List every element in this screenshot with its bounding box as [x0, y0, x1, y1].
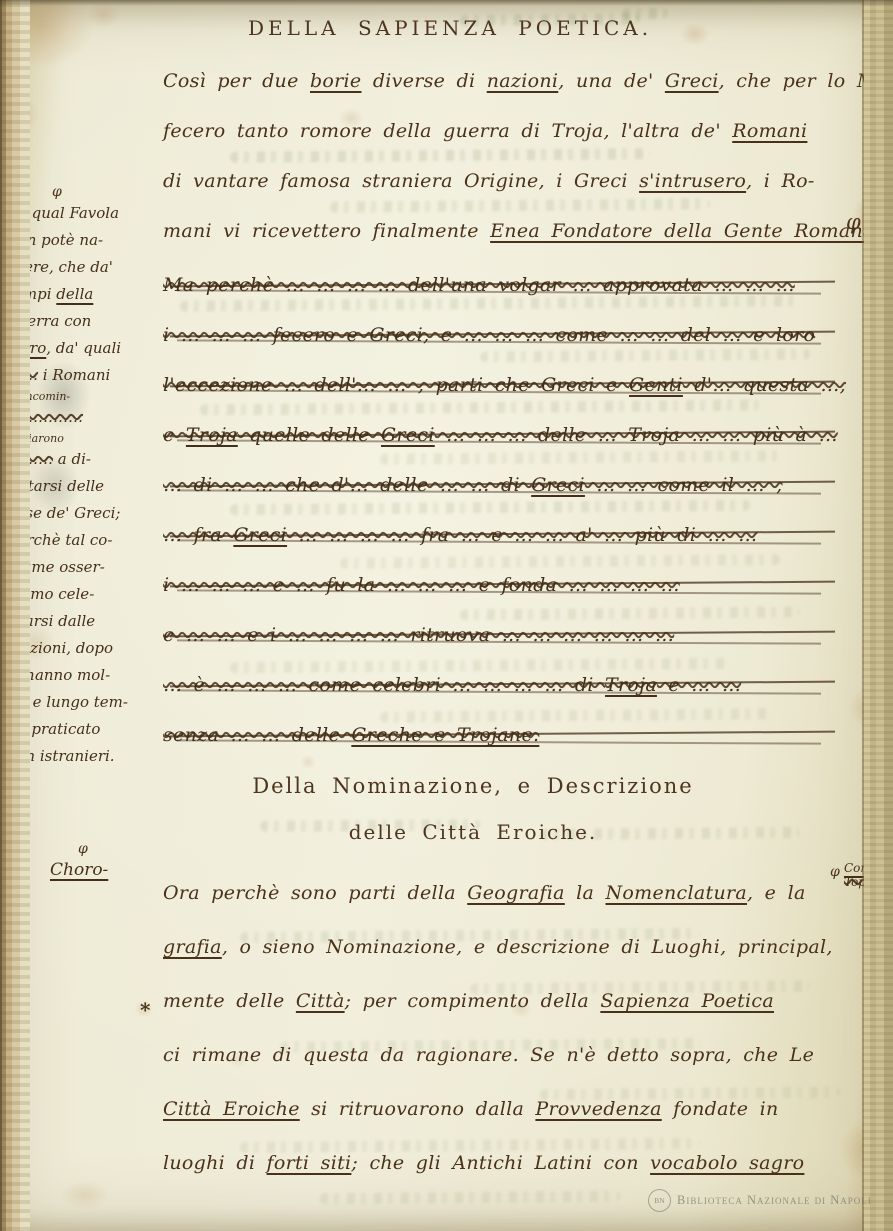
margin-line: c' hanno mol- [8, 662, 160, 689]
handwritten-line: mani vi ricevettero finalmente Enea Fond… [163, 206, 863, 256]
section-heading: Della Nominazione, e Descrizione delle C… [173, 766, 773, 858]
cancelled-line: l'eccezione … dell'… … , parti che Greci… [163, 360, 863, 410]
handwritten-line: fecero tanto romore della guerra di Troj… [163, 106, 863, 156]
margin-line: con istranieri. [8, 743, 160, 770]
caret-mark: φ [52, 184, 62, 200]
margin-line: incomin- [8, 389, 160, 404]
library-watermark: BN Biblioteca Nazionale di Napoli [648, 1189, 872, 1212]
caret-mark: φ [78, 841, 88, 857]
margin-note-favola: La qual Favolanon potè na-scere, che da'… [8, 200, 160, 770]
margin-line: lettarsi delle [8, 473, 160, 500]
margin-line: to, e lungo tem- [8, 689, 160, 716]
margin-line: scere, che da' [8, 254, 160, 281]
handwritten-line: di vantare famosa straniera Origine, i G… [163, 156, 863, 206]
margin-line: ciarono [8, 431, 160, 446]
page-title: DELLA SAPIENZA POETICA. [170, 16, 730, 40]
margin-line: …… i Romani [8, 362, 160, 389]
cancelled-line: i … … … fecero e Greci, e … … … come … …… [163, 310, 863, 360]
margin-line: po praticato [8, 716, 160, 743]
handwritten-line: grafia, o sieno Nominazione, e descrizio… [163, 920, 863, 974]
manuscript-content: DELLA SAPIENZA POETICA. Così per due bor… [0, 0, 893, 1231]
margin-line: non potè na- [8, 227, 160, 254]
handwritten-line: ci rimane di questa da ragionare. Se n'è… [163, 1028, 863, 1082]
section-heading-line2: delle Città Eroiche. [173, 806, 773, 858]
margin-asterisk: * [140, 998, 150, 1022]
binding-edge [0, 0, 30, 1231]
handwritten-line: luoghi di forti siti; che gli Antichi La… [163, 1136, 863, 1190]
margin-line: guerra con [8, 308, 160, 335]
margin-note-choro: Choro- [50, 860, 108, 880]
main-text-column: Così per due borie diverse di nazioni, u… [163, 56, 863, 1190]
margin-line: Pirro, da' quali [8, 335, 160, 362]
margin-line: perchè tal co- [8, 527, 160, 554]
handwritten-line: Così per due borie diverse di nazioni, u… [163, 56, 863, 106]
cancelled-line: e Troja quelle delle Greci … … … delle …… [163, 410, 863, 460]
margin-line: viamo cele- [8, 581, 160, 608]
cancelled-line: e … … e i … … … … ritruova … … … … … … [163, 610, 863, 660]
library-emblem-icon: BN [648, 1189, 671, 1212]
margin-line: tempi della [8, 281, 160, 308]
cancelled-line: i … … … e … fu la … … … e fonda … … … … [163, 560, 863, 610]
page-edge [862, 0, 893, 1231]
caret-mark: φ [830, 864, 840, 880]
margin-line: Nazioni, dopo [8, 635, 160, 662]
handwritten-line: Città Eroiche si ritruovarono dalla Prov… [163, 1082, 863, 1136]
page-top-edge [0, 0, 893, 6]
cancelled-line: … fra Greci … … … … fra … e … … a' … più… [163, 510, 863, 560]
paragraph-nominazione: Ora perchè sono parti della Geografia la… [163, 866, 863, 1190]
margin-line: ……… a di- [8, 446, 160, 473]
cancelled-line: … è … … … come celebri … … … … di Troja … [163, 660, 863, 710]
watermark-text: Biblioteca Nazionale di Napoli [677, 1193, 872, 1208]
cancelled-line: … di … … che d'… delle … … di Greci … … … [163, 460, 863, 510]
manuscript-page: DELLA SAPIENZA POETICA. Così per due bor… [0, 0, 893, 1231]
margin-line: stume osser- [8, 554, 160, 581]
cancelled-line: Ma perchè … … … … dell'una volgar … appr… [163, 260, 863, 310]
handwritten-line: Ora perchè sono parti della Geografia la… [163, 866, 863, 920]
section-heading-line1: Della Nominazione, e Descrizione [173, 766, 773, 806]
margin-line: cose de' Greci; [8, 500, 160, 527]
margin-line: La qual Favola [8, 200, 160, 227]
cancelled-line: senza … … delle Greche e Trojane. [163, 710, 863, 760]
handwritten-line: mente delle Città; per compimento della … [163, 974, 863, 1028]
paragraph-opening: Così per due borie diverse di nazioni, u… [163, 56, 863, 256]
paragraph-reference-mark: φ [846, 210, 861, 234]
margin-line: brarsi dalle [8, 608, 160, 635]
cancelled-passage: Ma perchè … … … … dell'una volgar … appr… [163, 260, 863, 760]
margin-line: …………… [8, 404, 160, 431]
